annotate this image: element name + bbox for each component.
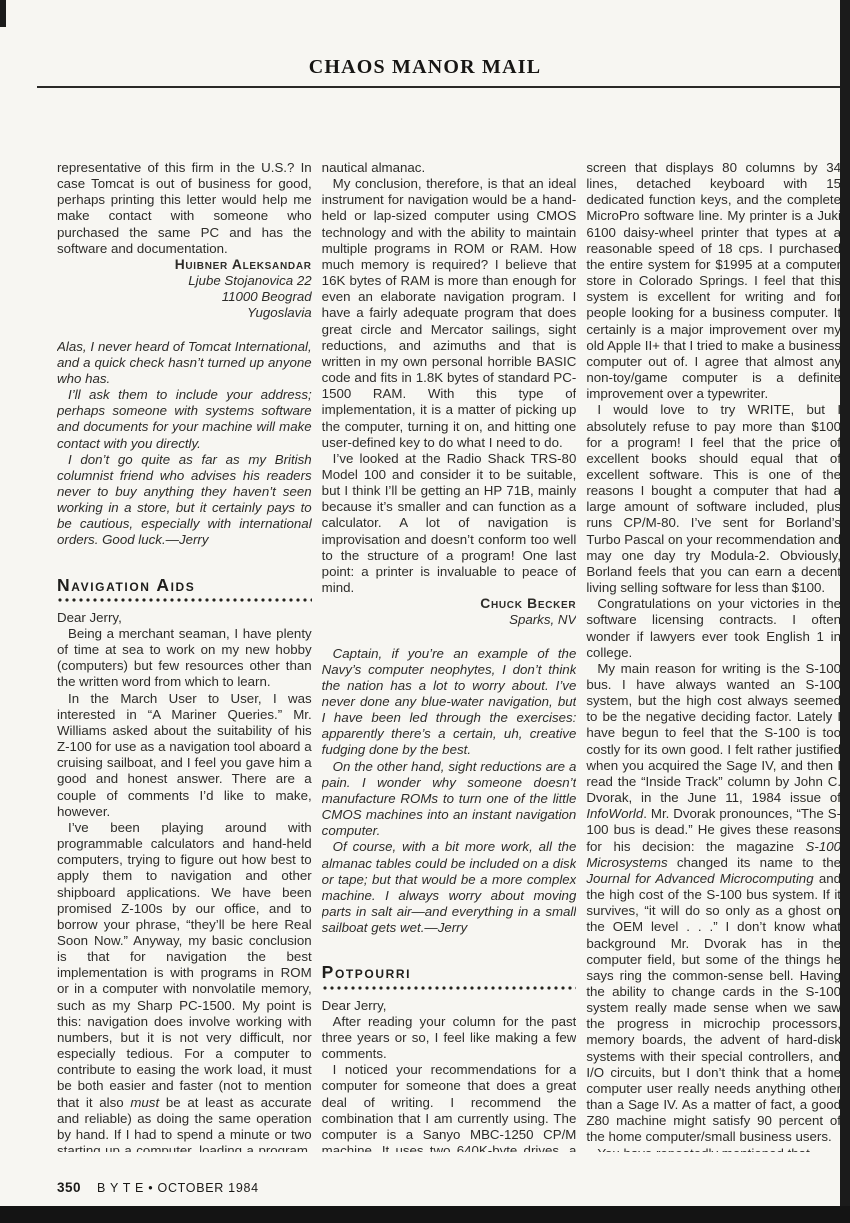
paragraph: Captain, if you’re an example of the Nav… bbox=[322, 646, 577, 759]
paragraph: On the other hand, sight reductions are … bbox=[322, 759, 577, 840]
paragraph: I’ll ask them to include your address; p… bbox=[57, 387, 312, 452]
scan-corner-mark bbox=[0, 0, 6, 27]
dotted-rule bbox=[322, 985, 577, 991]
paragraph: I’ve looked at the Radio Shack TRS-80 Mo… bbox=[322, 451, 577, 596]
paragraph-gap bbox=[57, 322, 312, 339]
signature-address: Yugoslavia bbox=[57, 305, 312, 321]
paragraph-gap bbox=[322, 629, 577, 646]
paragraph: I don’t go quite as far as my British co… bbox=[57, 452, 312, 549]
paragraph: My main reason for writing is the S-100 … bbox=[586, 661, 841, 1146]
article-columns: representative of this firm in the U.S.?… bbox=[57, 160, 841, 1152]
scan-edge-bottom bbox=[0, 1206, 850, 1223]
letter-signature: Chuck BeckerSparks, NV bbox=[322, 596, 577, 628]
section-heading: Potpourri bbox=[322, 963, 577, 982]
signature-name: Chuck Becker bbox=[322, 596, 577, 612]
page-number: 350 bbox=[57, 1180, 81, 1195]
magazine-issue-label: B Y T E • OCTOBER 1984 bbox=[97, 1181, 259, 1195]
signature-name: Huibner Aleksandar bbox=[57, 257, 312, 273]
section-heading: Navigation Aids bbox=[57, 576, 312, 595]
letter-signature: Huibner AleksandarLjube Stojanovica 2211… bbox=[57, 257, 312, 322]
signature-address: Sparks, NV bbox=[322, 612, 577, 628]
column-3: screen that displays 80 columns by 34 li… bbox=[586, 160, 841, 1152]
paragraph: You have repeatedly mentioned that bbox=[586, 1146, 841, 1152]
dotted-rule bbox=[57, 597, 312, 603]
signature-address: 11000 Beograd bbox=[57, 289, 312, 305]
page-title: CHAOS MANOR MAIL bbox=[0, 0, 850, 79]
paragraph: After reading your column for the past t… bbox=[322, 1014, 577, 1062]
paragraph: nautical almanac. bbox=[322, 160, 577, 176]
paragraph: In the March User to User, I was interes… bbox=[57, 691, 312, 820]
emphasized-text: Journal for Advanced Microcomputing bbox=[586, 871, 813, 886]
page-header: CHAOS MANOR MAIL bbox=[0, 0, 850, 88]
page-footer: 350 B Y T E • OCTOBER 1984 bbox=[57, 1180, 259, 1195]
scan-edge-right bbox=[840, 0, 850, 1223]
paragraph: I’ve been playing around with programmab… bbox=[57, 820, 312, 1152]
paragraph: representative of this firm in the U.S.?… bbox=[57, 160, 312, 257]
paragraph: I would love to try WRITE, but I absolut… bbox=[586, 402, 841, 596]
paragraph: I noticed your recommendations for a com… bbox=[322, 1062, 577, 1152]
header-rule bbox=[37, 86, 842, 88]
column-1: representative of this firm in the U.S.?… bbox=[57, 160, 312, 1152]
column-2: nautical almanac.My conclusion, therefor… bbox=[322, 160, 577, 1152]
paragraph: Congratulations on your victories in the… bbox=[586, 596, 841, 661]
signature-address: Ljube Stojanovica 22 bbox=[57, 273, 312, 289]
paragraph: screen that displays 80 columns by 34 li… bbox=[586, 160, 841, 402]
paragraph: My conclusion, therefore, is that an ide… bbox=[322, 176, 577, 451]
emphasized-text: InfoWorld bbox=[586, 806, 643, 821]
paragraph: Dear Jerry, bbox=[322, 998, 577, 1014]
paragraph: Being a merchant seaman, I have plenty o… bbox=[57, 626, 312, 691]
paragraph: Alas, I never heard of Tomcat Internatio… bbox=[57, 339, 312, 387]
paragraph: Of course, with a bit more work, all the… bbox=[322, 839, 577, 936]
magazine-page: CHAOS MANOR MAIL representative of this … bbox=[0, 0, 850, 1223]
paragraph: Dear Jerry, bbox=[57, 610, 312, 626]
emphasized-text: must bbox=[130, 1095, 159, 1110]
